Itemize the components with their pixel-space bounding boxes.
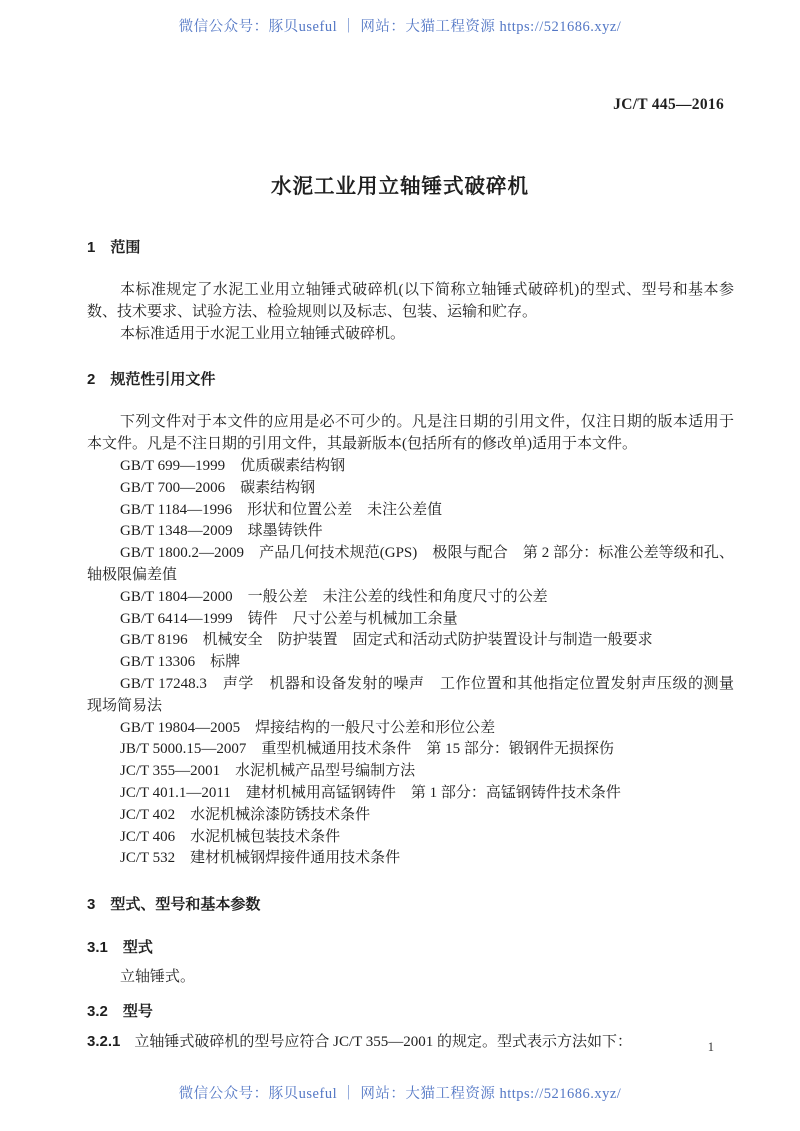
reference-item: GB/T 6414—1999 铸件 尺寸公差与机械加工余量 — [87, 609, 734, 631]
reference-item: GB/T 699—1999 优质碳素结构钢 — [87, 456, 734, 478]
reference-item: GB/T 1800.2—2009 产品几何技术规范(GPS) 极限与配合 第 2… — [87, 543, 734, 587]
section-3-1-text: 立轴锤式。 — [87, 967, 734, 989]
reference-item: GB/T 8196 机械安全 防护装置 固定式和活动式防护装置设计与制造一般要求 — [87, 630, 734, 652]
reference-item: JC/T 532 建材机械钢焊接件通用技术条件 — [87, 848, 734, 870]
section-1-paragraph-1: 本标准规定了水泥工业用立轴锤式破碎机(以下简称立轴锤式破碎机)的型式、型号和基本… — [87, 280, 734, 324]
document-body: 1 范围 本标准规定了水泥工业用立轴锤式破碎机(以下简称立轴锤式破碎机)的型式、… — [87, 237, 734, 1054]
clause-3-2-1-text: 立轴锤式破碎机的型号应符合 JC/T 355—2001 的规定。型式表示方法如下… — [134, 1034, 632, 1050]
promo-banner-bottom-text[interactable]: 微信公众号：豚贝useful ｜ 网站：大猫工程资源 https://52168… — [179, 1086, 622, 1102]
section-3-1-heading: 3.1 型式 — [87, 937, 734, 958]
reference-item: JC/T 402 水泥机械涂漆防锈技术条件 — [87, 805, 734, 827]
clause-3-2-1-number: 3.2.1 — [87, 1033, 120, 1050]
section-3-2-heading: 3.2 型号 — [87, 1001, 734, 1022]
promo-banner-top: 微信公众号：豚贝useful ｜ 网站：大猫工程资源 https://52168… — [0, 0, 800, 36]
clause-3-2-1: 3.2.1立轴锤式破碎机的型号应符合 JC/T 355—2001 的规定。型式表… — [87, 1031, 734, 1054]
reference-item: JC/T 406 水泥机械包装技术条件 — [87, 827, 734, 849]
section-2-intro: 下列文件对于本文件的应用是必不可少的。凡是注日期的引用文件，仅注日期的版本适用于… — [87, 412, 734, 456]
reference-item: GB/T 700—2006 碳素结构钢 — [87, 478, 734, 500]
document-title: 水泥工业用立轴锤式破碎机 — [0, 169, 800, 199]
standard-code: JC/T 445—2016 — [0, 96, 800, 114]
page-number: 1 — [708, 1040, 714, 1055]
reference-item: JC/T 355—2001 水泥机械产品型号编制方法 — [87, 761, 734, 783]
section-2-heading: 2 规范性引用文件 — [87, 369, 734, 390]
reference-item: GB/T 19804—2005 焊接结构的一般尺寸公差和形位公差 — [87, 718, 734, 740]
reference-item: JB/T 5000.15—2007 重型机械通用技术条件 第 15 部分：锻钢件… — [87, 739, 734, 761]
reference-item: GB/T 1348—2009 球墨铸铁件 — [87, 521, 734, 543]
reference-item: GB/T 13306 标牌 — [87, 652, 734, 674]
section-1-heading: 1 范围 — [87, 237, 734, 258]
reference-item: GB/T 1804—2000 一般公差 未注公差的线性和角度尺寸的公差 — [87, 587, 734, 609]
reference-list: GB/T 699—1999 优质碳素结构钢GB/T 700—2006 碳素结构钢… — [87, 456, 734, 870]
reference-item: GB/T 17248.3 声学 机器和设备发射的噪声 工作位置和其他指定位置发射… — [87, 674, 734, 718]
promo-banner-top-text[interactable]: 微信公众号：豚贝useful ｜ 网站：大猫工程资源 https://52168… — [179, 19, 622, 35]
promo-banner-bottom: 微信公众号：豚贝useful ｜ 网站：大猫工程资源 https://52168… — [0, 1082, 800, 1103]
section-1-paragraph-2: 本标准适用于水泥工业用立轴锤式破碎机。 — [87, 324, 734, 346]
reference-item: GB/T 1184—1996 形状和位置公差 未注公差值 — [87, 500, 734, 522]
reference-item: JC/T 401.1—2011 建材机械用高锰钢铸件 第 1 部分：高锰钢铸件技… — [87, 783, 734, 805]
document-page: 微信公众号：豚贝useful ｜ 网站：大猫工程资源 https://52168… — [0, 0, 800, 1131]
section-3-heading: 3 型式、型号和基本参数 — [87, 894, 734, 915]
